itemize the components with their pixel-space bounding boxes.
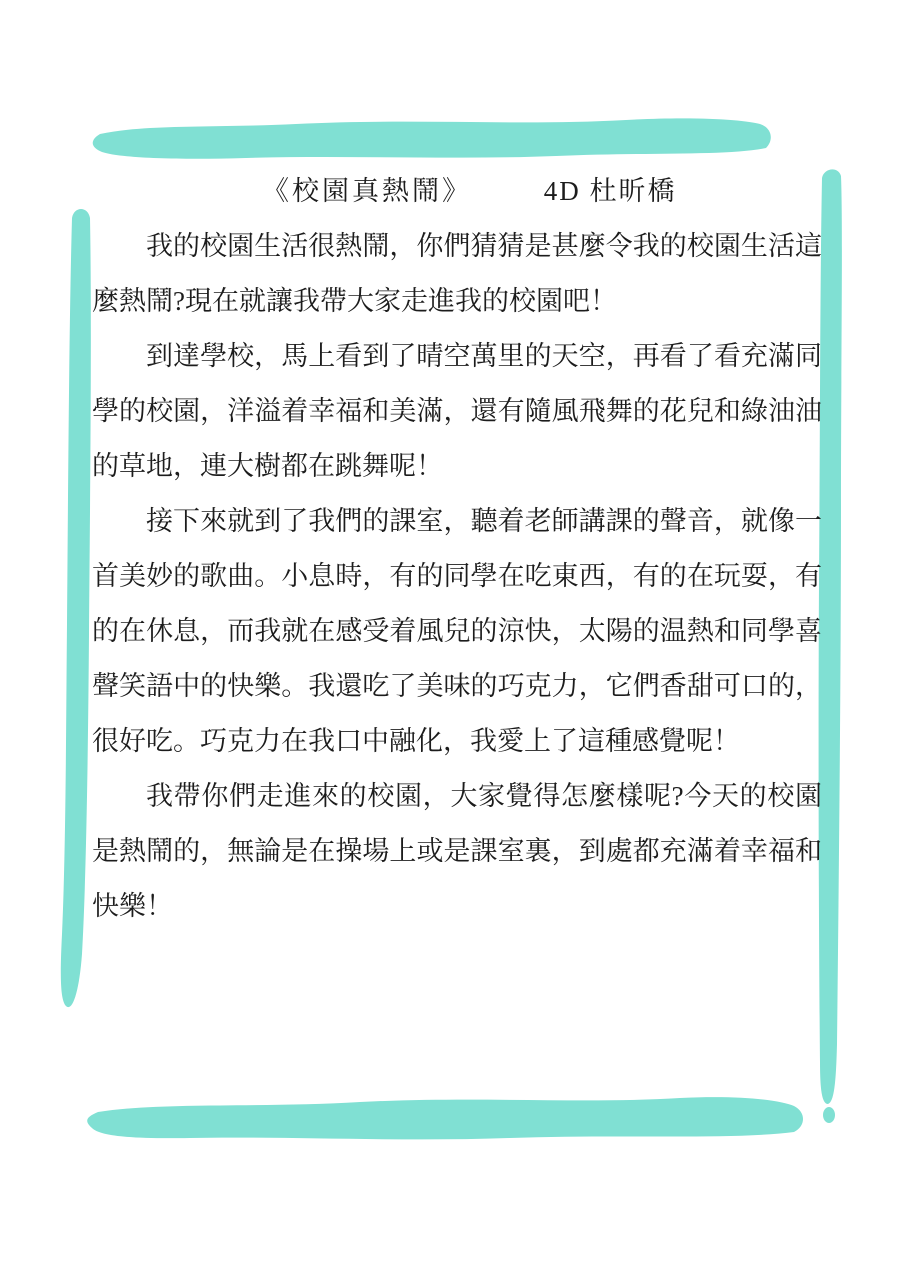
essay-paragraph-3: 接下來就到了我們的課室，聽着老師講課的聲音，就像一首美妙的歌曲。小息時，有的同學…: [92, 494, 822, 769]
essay-title: 《校園真熱鬧》: [262, 176, 472, 206]
essay-content: 《校園真熱鬧》 4D 杜昕橋 我的校園生活很熱鬧，你們猜猜是甚麼令我的校園生活這…: [92, 164, 822, 934]
highlighter-stroke-left: [56, 204, 96, 1022]
highlighter-stroke-top: [86, 110, 778, 164]
title-line: 《校園真熱鬧》 4D 杜昕橋: [92, 164, 822, 219]
essay-paragraph-1: 我的校園生活很熱鬧，你們猜猜是甚麼令我的校園生活這麼熱鬧?現在就讓我帶大家走進我…: [92, 219, 822, 329]
essay-author: 4D 杜昕橋: [544, 176, 677, 206]
highlighter-stroke-right-tip: [823, 1107, 835, 1123]
document-page: 《校園真熱鬧》 4D 杜昕橋 我的校園生活很熱鬧，你們猜猜是甚麼令我的校園生活這…: [0, 0, 905, 1280]
essay-paragraph-4: 我帶你們走進來的校園，大家覺得怎麼樣呢?今天的校園是熱鬧的，無論是在操場上或是課…: [92, 769, 822, 934]
essay-paragraph-2: 到達學校，馬上看到了晴空萬里的天空，再看了看充滿同學的校園，洋溢着幸福和美滿，還…: [92, 329, 822, 494]
highlighter-stroke-bottom: [80, 1086, 810, 1144]
